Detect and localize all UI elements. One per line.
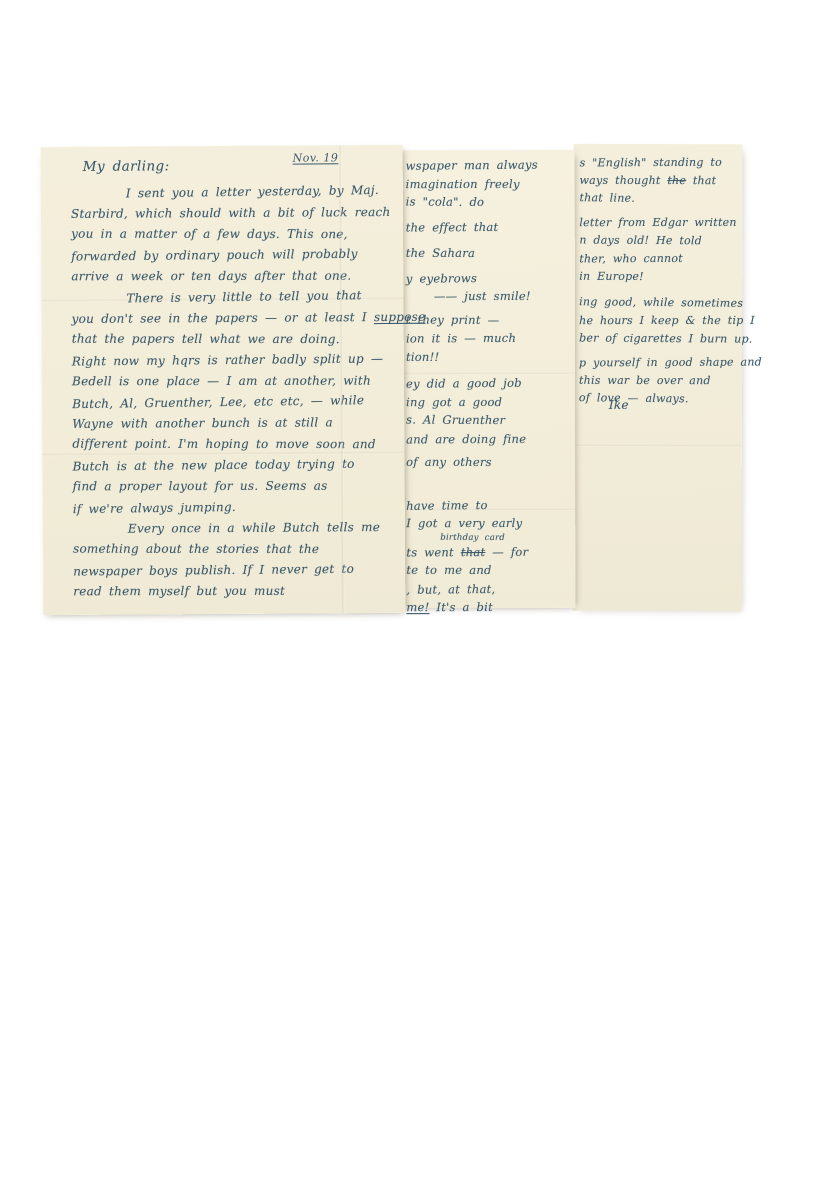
handwritten-line: different point. I'm hoping to move soon…	[72, 434, 398, 456]
handwritten-line: you in a matter of a few days. This one,	[71, 224, 397, 246]
handwritten-line: have time to	[406, 495, 573, 515]
struck-word: the	[667, 174, 686, 187]
handwritten-line: ways thought the that	[579, 172, 740, 190]
handwritten-line: something about the stories that the	[73, 539, 399, 561]
handwritten-line: birthday card	[406, 532, 573, 543]
handwritten-line: ber of cigarettes I burn up.	[579, 329, 740, 348]
handwritten-line: ion it is — much	[406, 329, 573, 348]
handwritten-line: s. Al Gruenther	[406, 411, 573, 430]
handwritten-line: , but, at that,	[406, 579, 573, 599]
handwritten-line: Wayne with another bunch is at still a	[72, 412, 398, 435]
handwritten-line: this war be over and	[579, 372, 740, 390]
underlined-word: suppose	[374, 310, 426, 324]
handwritten-line: I got a very early	[406, 514, 573, 533]
handwritten-line: Every once in a while Butch tells me	[73, 517, 399, 540]
handwritten-line: find a proper layout for us. Seems as	[73, 476, 399, 498]
handwritten-line: ing good, while sometimes	[579, 293, 740, 313]
letter-fragment-lines-page-3: s "English" standing toways thought the …	[579, 154, 741, 408]
letter-date: Nov. 19	[293, 151, 339, 164]
fold-crease	[573, 444, 742, 447]
handwritten-line: is "cola". do	[406, 193, 573, 212]
handwritten-line: the effect that	[406, 217, 573, 236]
handwritten-line: te to me and	[406, 561, 573, 580]
letter-signature: Ike	[609, 396, 629, 414]
handwritten-line: me! It's a bit	[406, 598, 573, 617]
handwritten-line: of love — always.	[579, 389, 740, 409]
handwritten-line: Right now my hqrs is rather badly split …	[72, 348, 398, 372]
handwritten-line: Starbird, which should with a bit of luc…	[71, 202, 397, 225]
letter-salutation: My darling:	[83, 158, 170, 175]
handwritten-line: imagination freely	[406, 174, 573, 193]
handwritten-line: tion!!	[406, 347, 573, 366]
handwritten-line: ing got a good	[406, 392, 573, 411]
handwritten-line: ey did a good job	[406, 373, 573, 393]
underlined-word: me!	[406, 600, 429, 614]
handwritten-line: Butch is at the new place today trying t…	[72, 453, 398, 477]
letter-sheet-page-1: Nov. 19 My darling: I sent you a letter …	[41, 145, 406, 615]
handwritten-line: wspaper man always	[406, 155, 573, 175]
handwritten-line: ther, who cannot	[579, 250, 740, 269]
handwritten-line: ts went that — for	[406, 542, 573, 561]
handwritten-line: t they print —	[406, 310, 573, 329]
handwritten-line: read them myself but you must	[73, 581, 399, 603]
letter-photograph: Nov. 19 My darling: I sent you a letter …	[0, 0, 819, 1197]
letter-sheet-page-2: wspaper man alwaysimagination freelyis "…	[402, 150, 576, 608]
handwritten-line: that the papers tell what we are doing.	[72, 329, 398, 351]
handwritten-line: n days old! He told	[579, 231, 740, 250]
handwritten-line: you don't see in the papers — or at leas…	[72, 307, 398, 330]
handwritten-line: that line.	[579, 189, 740, 209]
handwritten-line: —— just smile!	[406, 287, 573, 306]
handwritten-line: Bedell is one place — I am at another, w…	[72, 371, 398, 393]
handwritten-line: the Sahara	[406, 244, 573, 263]
handwritten-line: arrive a week or ten days after that one…	[71, 266, 397, 288]
letter-sheet-page-3: s "English" standing toways thought the …	[572, 144, 742, 611]
letter-body-lines-page-1: I sent you a letter yesterday, by Maj.St…	[71, 181, 400, 603]
handwritten-line: y eyebrows	[406, 268, 573, 288]
handwritten-line: letter from Edgar written	[579, 214, 740, 232]
handwritten-line: p yourself in good shape and	[579, 354, 740, 373]
letter-fragment-lines-page-2: wspaper man alwaysimagination freelyis "…	[406, 156, 574, 617]
handwritten-line: of any others	[406, 453, 573, 472]
handwritten-line: in Europe!	[579, 268, 740, 286]
handwritten-line: he hours I keep & the tip I	[579, 312, 740, 330]
handwritten-line: newspaper boys publish. If I never get t…	[73, 558, 399, 582]
handwritten-line: and are doing fine	[406, 429, 573, 448]
handwritten-line: s "English" standing to	[580, 154, 741, 173]
struck-word: that	[461, 545, 486, 559]
handwritten-line: forwarded by ordinary pouch will probabl…	[71, 243, 397, 267]
